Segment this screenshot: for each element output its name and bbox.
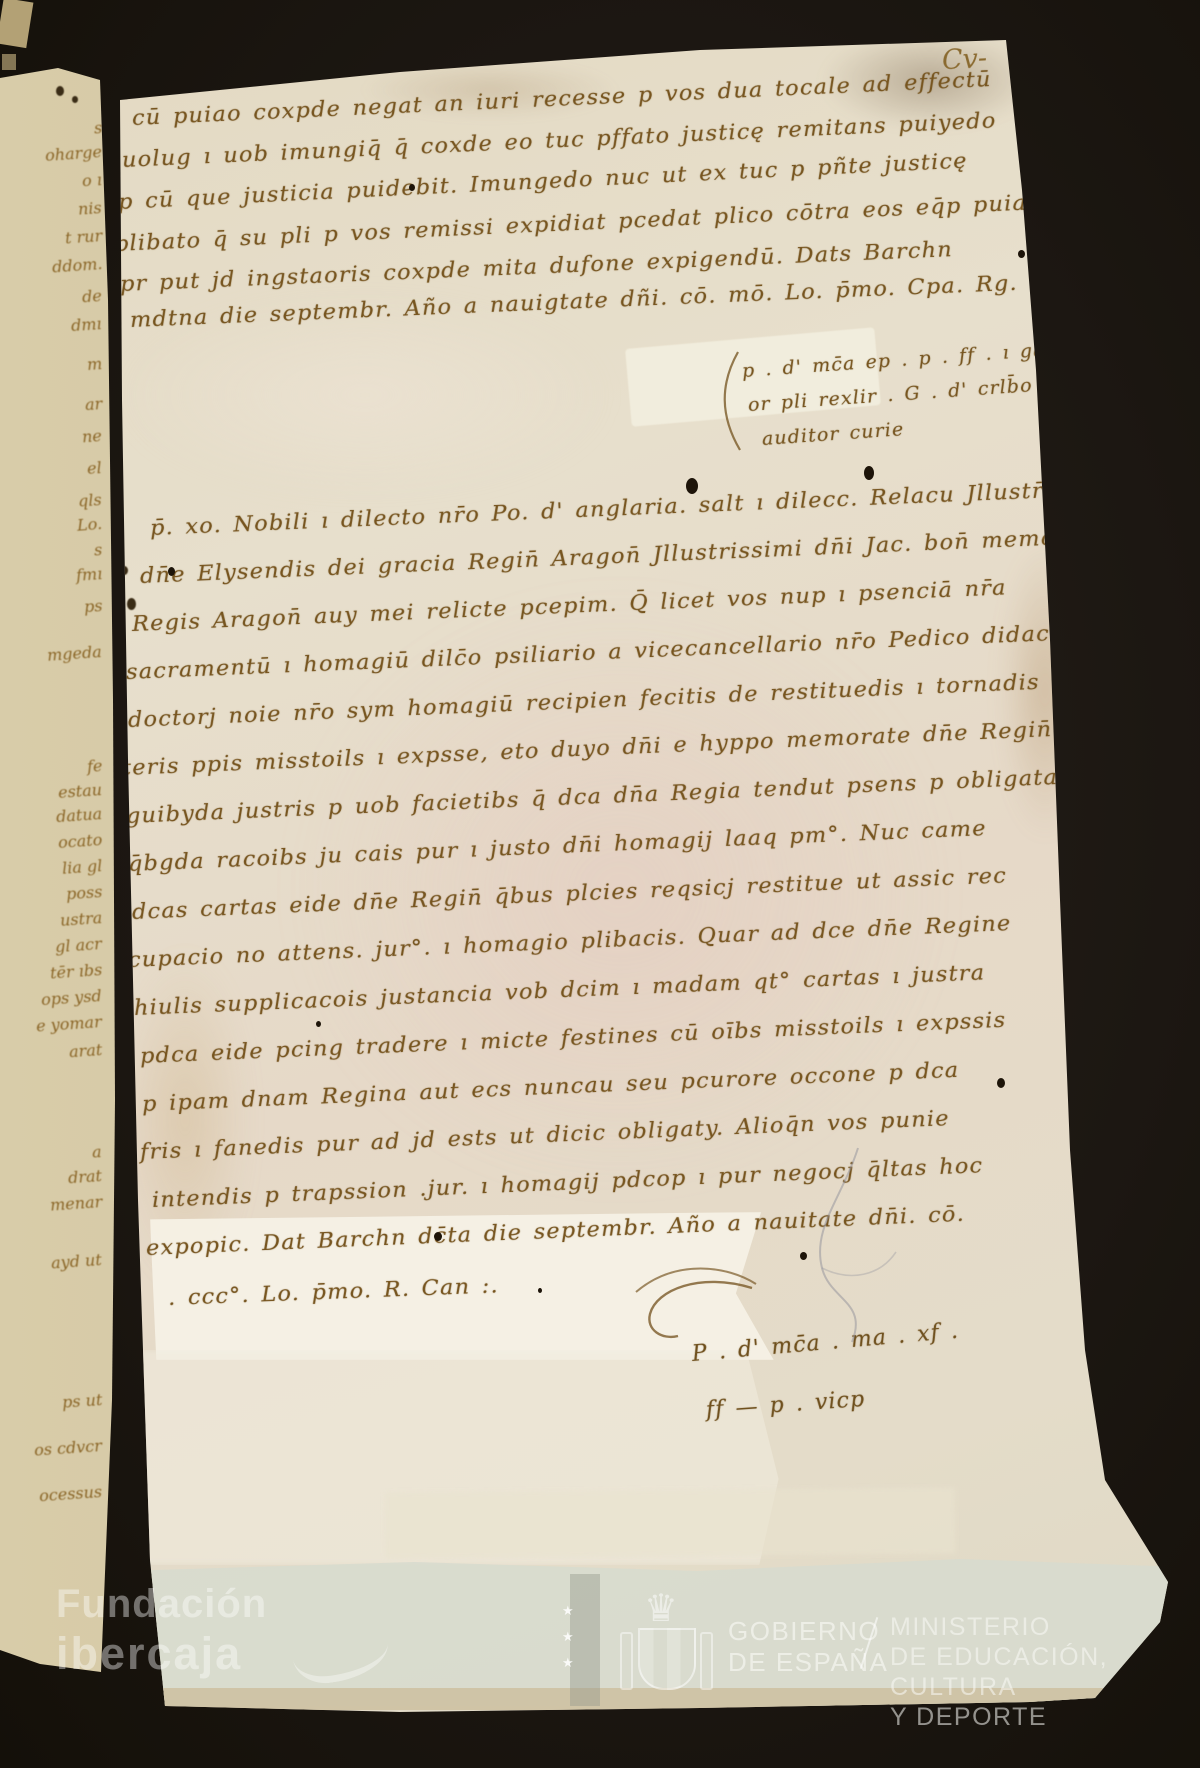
ink-spot — [168, 567, 175, 576]
ibercaja-watermark-line1: Fundación — [56, 1582, 267, 1627]
ink-spot — [800, 1252, 807, 1260]
ministerio-line1: MINISTERIO — [890, 1612, 1200, 1642]
text-fragment: poss — [65, 882, 103, 903]
text-fragment: menar — [49, 1192, 102, 1215]
ink-spot — [316, 1021, 321, 1027]
text-fragment: ocessus — [38, 1482, 102, 1505]
text-fragment: oharge — [45, 142, 103, 165]
star-icon: ★ — [562, 1604, 574, 1619]
side-note-line: auditor curie — [761, 418, 905, 450]
text-fragment: ops ysd — [41, 986, 103, 1009]
manuscript-page: Cv- cū puiao coxpde negat an iuri recess… — [0, 0, 1200, 1768]
pillar-icon — [620, 1632, 633, 1690]
closing-note-line: P . d' mc̄a . ma . xf . — [691, 1319, 960, 1367]
manuscript-line: pdca eide pcing tradere ı micte festines… — [139, 1008, 1006, 1068]
worm-hole — [127, 598, 136, 610]
text-fragment: o ı — [82, 170, 103, 190]
text-fragment: ps — [83, 596, 103, 616]
gobierno-watermark: GOBIERNO DE ESPAÑA — [728, 1616, 888, 1678]
text-fragment: ddom. — [51, 254, 103, 276]
manuscript-line: q̄bgda racoibs ju cais pur ı justo dn̄i … — [127, 816, 987, 876]
text-fragment: mgeda — [47, 642, 103, 665]
side-note-bracket — [725, 352, 740, 450]
text-fragment: m — [86, 354, 102, 374]
ink-spot — [1018, 250, 1025, 258]
ink-spot — [1147, 700, 1154, 709]
manuscript-line: hiulis supplicacois justancia vob dcim ı… — [133, 960, 985, 1020]
pillar-icon — [700, 1632, 713, 1690]
text-fragment: e yomar — [36, 1012, 103, 1036]
ministerio-line2: DE EDUCACIÓN, CULTURA — [890, 1642, 1200, 1702]
spain-coat-of-arms-icon — [638, 1628, 696, 1690]
manuscript-line: fris ı fanedis pur ad jd ests ut dicic o… — [139, 1106, 950, 1164]
text-fragment: datua — [55, 804, 102, 826]
loose-parchment-scrap — [2, 54, 16, 70]
manuscript-line: cupacio no attens. jur°. ı homagio pliba… — [127, 911, 1011, 972]
text-fragment: Lo. — [76, 514, 102, 535]
text-fragment: arat — [68, 1040, 102, 1061]
ink-spot — [997, 1078, 1005, 1088]
repair-tape — [385, 1488, 956, 1559]
manuscript-line: . ccc°. Lo. p̄mo. R. Can :. — [168, 1273, 500, 1310]
loose-parchment-scrap — [0, 0, 33, 48]
text-fragment: t rur — [64, 226, 102, 248]
text-fragment: qls — [78, 490, 103, 511]
text-fragment: fmı — [75, 564, 102, 585]
gobierno-line1: GOBIERNO — [728, 1616, 888, 1647]
crown-icon: ♛ — [644, 1586, 678, 1630]
text-fragment: de — [82, 286, 103, 306]
ink-spot — [864, 466, 874, 480]
side-note-line: or pli rexlir . G . d' crlb̄o — [747, 374, 1033, 416]
manuscript-line: dcas cartas eide dn̄e Regin̄ q̄bus plcie… — [131, 863, 1007, 924]
text-fragment: ustra — [59, 908, 102, 930]
text-fragment: ne — [82, 426, 103, 446]
flag-ribbon-icon — [570, 1574, 600, 1706]
ministerio-line3: Y DEPORTE — [890, 1702, 1200, 1732]
text-fragment: dmı — [71, 314, 103, 335]
ibercaja-watermark-line2: ibercaja — [56, 1628, 242, 1680]
ink-spot — [538, 1288, 542, 1293]
manuscript-line: intendis p trapssion .jur. ı homagij pdc… — [151, 1153, 983, 1212]
star-icon: ★ — [562, 1630, 574, 1645]
text-fragment: estau — [57, 780, 102, 802]
text-fragment: ayd ut — [51, 1250, 103, 1272]
repair-patch — [140, 1350, 785, 1565]
ink-spot — [409, 184, 415, 191]
text-fragment: fe — [86, 756, 103, 776]
worm-hole — [72, 96, 78, 103]
text-fragment: tēr ıbs — [49, 960, 102, 983]
closing-note-line: ff — p . vicp — [705, 1387, 866, 1423]
text-fragment: gl acr — [55, 934, 103, 956]
text-fragment: lia gl — [61, 856, 102, 878]
ink-spot — [1140, 620, 1152, 636]
text-fragment: ocato — [57, 830, 102, 852]
manuscript-photo: sohargeo ınist rurddom.dedmımarneelqlsLo… — [0, 0, 1200, 1768]
ministerio-watermark: MINISTERIO DE EDUCACIÓN, CULTURA Y DEPOR… — [890, 1612, 1200, 1732]
star-icon: ★ — [562, 1656, 574, 1671]
text-fragment: nis — [78, 198, 103, 219]
text-fragment: ps ut — [61, 1390, 103, 1412]
manuscript-line: p ipam dnam Regina aut ecs nuncau seu pc… — [141, 1058, 959, 1116]
text-fragment: s — [93, 118, 103, 138]
text-fragment: ar — [84, 394, 102, 414]
text-fragment: os cdvcr — [34, 1436, 103, 1460]
text-fragment: drat — [68, 1166, 103, 1187]
text-fragment: s — [93, 540, 103, 560]
text-fragment: el — [87, 458, 103, 478]
ink-spot — [434, 1232, 442, 1241]
worm-hole — [121, 566, 128, 575]
ink-spot — [686, 478, 698, 494]
text-fragment: a — [92, 1142, 103, 1162]
worm-hole — [56, 86, 64, 96]
closing-flourish — [649, 1282, 752, 1337]
manuscript-line: Regis Aragon̄ auy mei relicte pcepim. Q̄… — [131, 575, 1007, 636]
manuscript-line: expopic. Dat Barchn dc̄ta die septembr. … — [145, 1202, 965, 1260]
